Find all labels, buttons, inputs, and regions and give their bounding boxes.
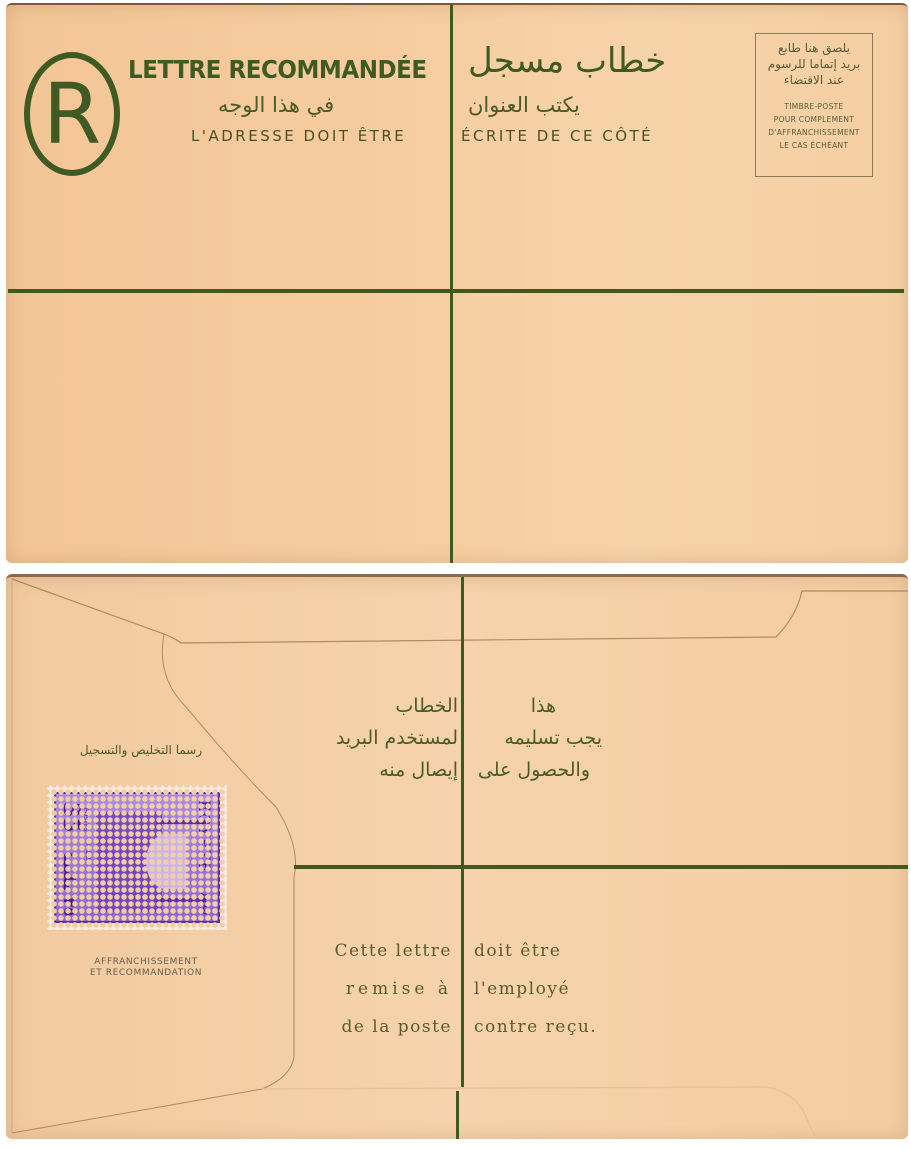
envelope-front: R LETTRE RECOMMANDÉE خطاب مسجل في هذا ال…	[6, 3, 908, 563]
back-vertical-cross-line	[461, 577, 464, 1087]
back-horizontal-cross-line	[294, 865, 908, 869]
stamp-postes: POSTES	[82, 808, 89, 831]
back-fr-left-2: remise à	[302, 979, 452, 999]
registration-letter: R	[43, 72, 101, 156]
stamp-design: EGYPTE مصر 35 POSTES MILLS. ٣٥ مليما	[54, 792, 220, 923]
stamp-caption-line: ET RECOMMANDATION	[66, 968, 226, 979]
stamp-placement-box: يلصق هنا طابع بريد إتماما للرسوم عند الا…	[755, 33, 873, 177]
dome-illustration	[146, 834, 186, 889]
back-ar-left-1: الخطاب	[370, 695, 458, 717]
subtitle-arabic-left: في هذا الوجه	[218, 93, 334, 117]
postage-stamp: EGYPTE مصر 35 POSTES MILLS. ٣٥ مليما	[47, 785, 227, 930]
stamp-country-arabic: مصر	[199, 890, 214, 915]
stamp-box-ar-line: بريد إتماما للرسوم	[756, 56, 872, 72]
back-ar-left-2: لمستخدم البريد	[300, 727, 458, 749]
back-fr-left-1: Cette lettre	[302, 941, 452, 961]
front-horizontal-cross-line	[8, 289, 904, 293]
stamp-box-french: TIMBRE-POSTE POUR COMPLEMENT D'AFFRANCHI…	[756, 100, 872, 152]
front-vertical-cross-line	[450, 5, 453, 563]
stamp-box-fr-line: POUR COMPLEMENT	[756, 113, 872, 126]
stamp-box-arabic: يلصق هنا طابع بريد إتماما للرسوم عند الا…	[756, 40, 872, 88]
back-ar-right-2: يجب تسليمه	[466, 727, 602, 749]
stamp-caption-line: AFFRANCHISSEMENT	[66, 957, 226, 968]
stamp-country: EGYPTE	[195, 800, 214, 874]
stamp-caption-arabic: رسما التخليص والتسجيل	[76, 743, 206, 757]
subtitle-arabic-right: يكتب العنوان	[468, 93, 580, 117]
registered-r-icon: R	[24, 52, 120, 176]
back-ar-right-1: هذا	[466, 695, 556, 717]
stamp-caption-french: AFFRANCHISSEMENT ET RECOMMANDATION	[66, 957, 226, 979]
stamp-box-fr-line: D'AFFRANCHISSEMENT	[756, 126, 872, 139]
back-ar-left-3: إيصال منه	[336, 759, 458, 781]
stamp-box-ar-line: عند الاقتضاء	[756, 72, 872, 88]
title-arabic: خطاب مسجل	[468, 41, 666, 81]
back-fr-right-1: doit être	[474, 941, 561, 961]
back-fr-right-3: contre reçu.	[474, 1017, 597, 1037]
stamp-box-ar-line: يلصق هنا طابع	[756, 40, 872, 56]
stamp-box-fr-line: TIMBRE-POSTE	[756, 100, 872, 113]
back-fr-left-3: de la poste	[302, 1017, 452, 1037]
stamp-value: 35	[58, 802, 84, 833]
back-fr-right-2: l'employé	[474, 979, 570, 999]
subtitle-french-left: L'ADRESSE DOIT ÊTRE	[191, 127, 406, 145]
title-french: LETTRE RECOMMANDÉE	[128, 55, 427, 84]
back-vertical-cross-line-lower	[456, 1091, 459, 1139]
subtitle-french-right: ÉCRITE DE CE CÔTÉ	[461, 127, 653, 145]
stamp-unit: MILLS.	[84, 844, 91, 863]
stamp-value-arabic: ٣٥ مليما	[60, 852, 79, 917]
back-ar-right-3: والحصول على	[466, 759, 590, 781]
stamp-box-fr-line: LE CAS ÉCHÉANT	[756, 139, 872, 152]
